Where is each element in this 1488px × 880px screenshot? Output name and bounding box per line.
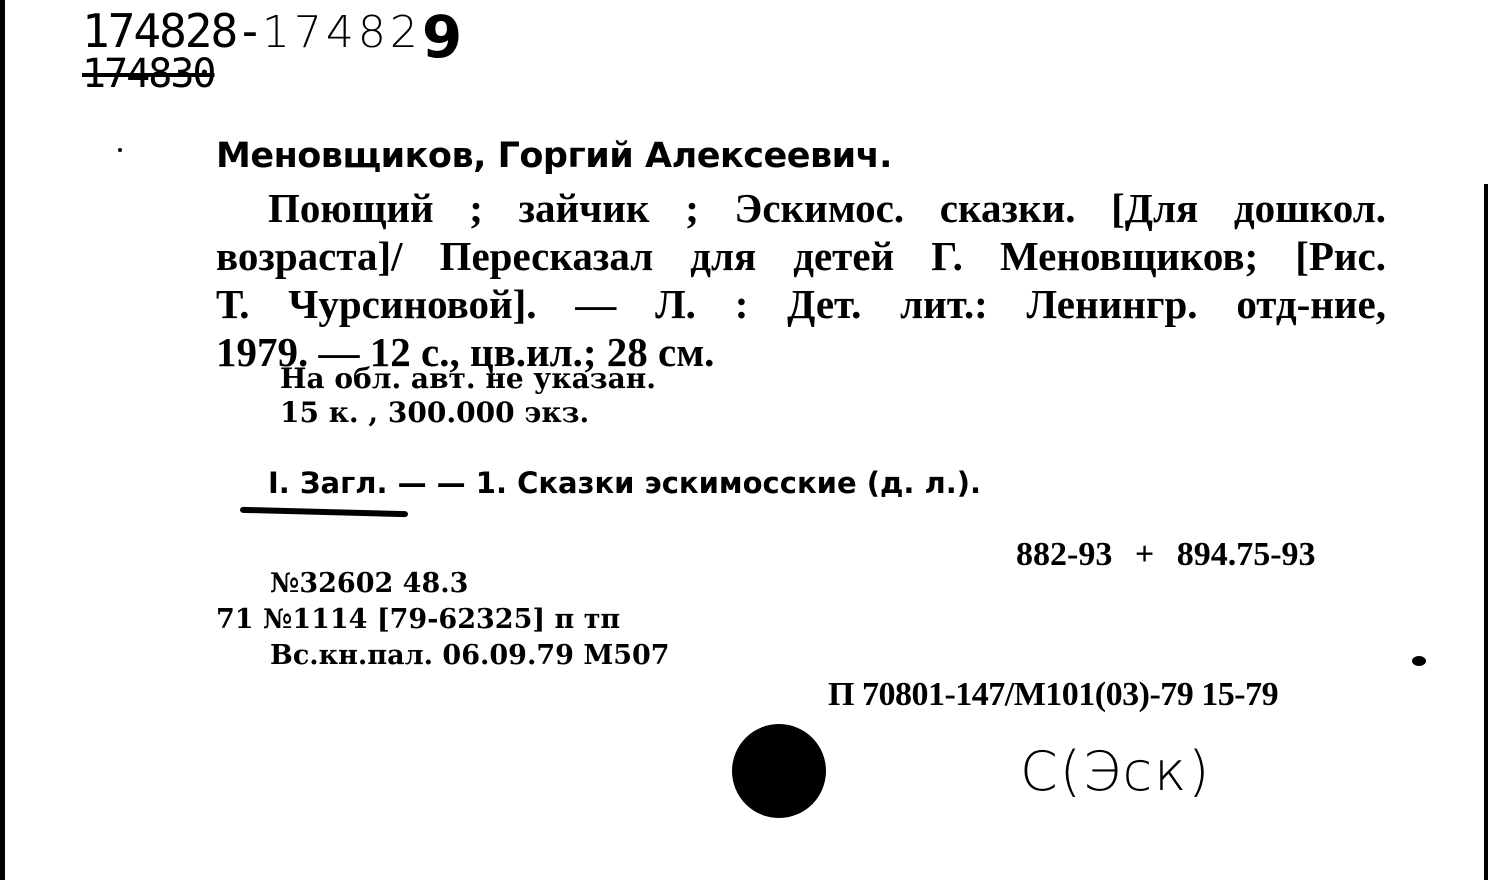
ink-speck [118, 148, 122, 152]
imprint-line: 71 №1114 [79-62325] п тп [216, 604, 620, 635]
handwritten-mark: С(Эск) [1020, 740, 1211, 803]
punch-hole-icon [732, 724, 826, 818]
ink-speck [1412, 656, 1426, 666]
bibliographic-description: Поющий ; зайчик ; Эскимос. сказки. [Для … [216, 184, 1386, 376]
inventory-struck-out: 174830 [82, 52, 215, 96]
description-line: Поющий ; зайчик ; Эскимос. сказки. [Для … [216, 184, 1386, 232]
publisher-code: П 70801-147/М101(03)-79 15-79 [828, 676, 1278, 714]
card-right-edge [1484, 184, 1488, 880]
note-author: На обл. авт. не указан. [280, 362, 656, 395]
inventory-printed: 174828- [82, 4, 262, 58]
description-line: возраста]/ Пересказал для детей Г. Менов… [216, 232, 1386, 280]
card-left-edge [0, 0, 5, 880]
pen-underline [240, 507, 408, 517]
inventory-handwritten: 17482 [262, 7, 422, 58]
catalog-card: 174828-174829 174830 Меновщиков, Горгий … [0, 0, 1488, 880]
classification-index: 882-93 + 894.75-93 [1016, 536, 1316, 574]
tracings: I. Загл. — — 1. Сказки эскимосские (д. л… [268, 466, 981, 500]
description-line: Т. Чурсиновой]. — Л. : Дет. лит.: Ленинг… [216, 280, 1386, 328]
imprint-line: Вс.кн.пал. 06.09.79 М507 [270, 640, 670, 671]
inventory-final-digit: 9 [422, 3, 460, 71]
imprint-line: №32602 48.3 [270, 568, 468, 599]
note-price-run: 15 к. , 300.000 экз. [280, 396, 589, 429]
author-heading: Меновщиков, Горгий Алексеевич. [216, 136, 892, 176]
